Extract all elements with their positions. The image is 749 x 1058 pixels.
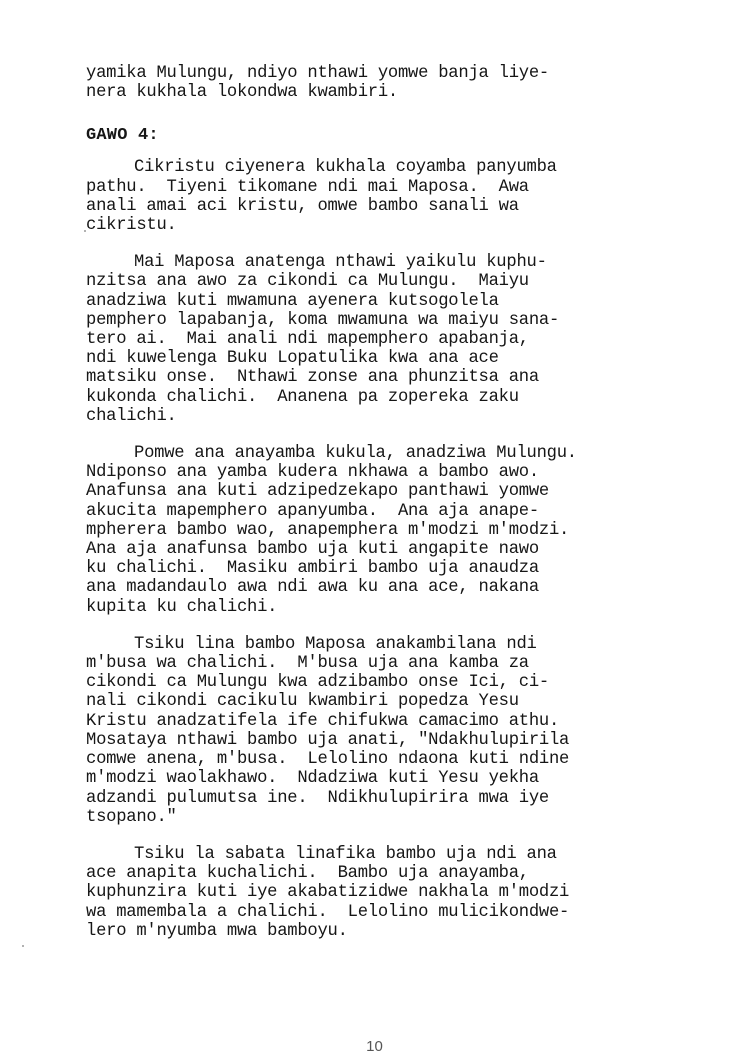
text-line: pemphero lapabanja, koma mwamuna wa maiy…: [86, 311, 686, 330]
text-line: cikristu.: [86, 216, 686, 235]
text-line: Tsiku la sabata linafika bambo uja ndi a…: [86, 845, 686, 864]
text-line: Anafunsa ana kuti adzipedzekapo panthawi…: [86, 482, 686, 501]
text-line: kuphunzira kuti iye akabatizidwe nakhala…: [86, 883, 686, 902]
text-line: Pomwe ana anayamba kukula, anadziwa Mulu…: [86, 444, 686, 463]
text-line: kukonda chalichi. Ananena pa zopereka za…: [86, 388, 686, 407]
text-line: yamika Mulungu, ndiyo nthawi yomwe banja…: [86, 64, 686, 83]
text-line: akucita mapemphero apanyumba. Ana aja an…: [86, 502, 686, 521]
text-line: anali amai aci kristu, omwe bambo sanali…: [86, 197, 686, 216]
text-line: nzitsa ana awo za cikondi ca Mulungu. Ma…: [86, 272, 686, 291]
page-number: 10: [0, 1038, 749, 1055]
text-line: pathu. Tiyeni tikomane ndi mai Maposa. A…: [86, 178, 686, 197]
opening-paragraph: yamika Mulungu, ndiyo nthawi yomwe banja…: [86, 64, 686, 102]
paragraph: Cikristu ciyenera kukhala coyamba panyum…: [86, 158, 686, 235]
text-line: Tsiku lina bambo Maposa anakambilana ndi: [86, 635, 686, 654]
paragraph: Pomwe ana anayamba kukula, anadziwa Mulu…: [86, 444, 686, 617]
text-line: tsopano.": [86, 808, 686, 827]
body-paragraphs: Cikristu ciyenera kukhala coyamba panyum…: [86, 158, 686, 941]
text-line: ndi kuwelenga Buku Lopatulika kwa ana ac…: [86, 349, 686, 368]
text-line: Kristu anadzatifela ife chifukwa camacim…: [86, 712, 686, 731]
text-line: cikondi ca Mulungu kwa adzibambo onse Ic…: [86, 673, 686, 692]
text-line: chalichi.: [86, 407, 686, 426]
text-line: tero ai. Mai anali ndi mapemphero apaban…: [86, 330, 686, 349]
text-line: m'busa wa chalichi. M'busa uja ana kamba…: [86, 654, 686, 673]
document-page: yamika Mulungu, ndiyo nthawi yomwe banja…: [86, 64, 686, 959]
text-line: ace anapita kuchalichi. Bambo uja anayam…: [86, 864, 686, 883]
text-line: Cikristu ciyenera kukhala coyamba panyum…: [86, 158, 686, 177]
text-line: Ndiponso ana yamba kudera nkhawa a bambo…: [86, 463, 686, 482]
text-line: mpherera bambo wao, anapemphera m'modzi …: [86, 521, 686, 540]
text-line: lero m'nyumba mwa bamboyu.: [86, 922, 686, 941]
text-line: nera kukhala lokondwa kwambiri.: [86, 83, 686, 102]
paragraph: Tsiku lina bambo Maposa anakambilana ndi…: [86, 635, 686, 827]
text-line: nali cikondi cacikulu kwambiri popedza Y…: [86, 692, 686, 711]
scan-speck: [22, 945, 24, 947]
paragraph: Tsiku la sabata linafika bambo uja ndi a…: [86, 845, 686, 941]
text-line: kupita ku chalichi.: [86, 598, 686, 617]
section-heading: GAWO 4:: [86, 126, 686, 146]
text-line: adzandi pulumutsa ine. Ndikhulupirira mw…: [86, 789, 686, 808]
text-line: matsiku onse. Nthawi zonse ana phunzitsa…: [86, 368, 686, 387]
text-line: Ana aja anafunsa bambo uja kuti angapite…: [86, 540, 686, 559]
text-line: m'modzi waolakhawo. Ndadziwa kuti Yesu y…: [86, 769, 686, 788]
text-line: anadziwa kuti mwamuna ayenera kutsogolel…: [86, 292, 686, 311]
paragraph: Mai Maposa anatenga nthawi yaikulu kuphu…: [86, 253, 686, 426]
text-line: Mosataya nthawi bambo uja anati, "Ndakhu…: [86, 731, 686, 750]
text-line: comwe anena, m'busa. Lelolino ndaona kut…: [86, 750, 686, 769]
text-line: Mai Maposa anatenga nthawi yaikulu kuphu…: [86, 253, 686, 272]
scan-speck: [84, 230, 86, 232]
text-line: ana madandaulo awa ndi awa ku ana ace, n…: [86, 578, 686, 597]
text-line: wa mamembala a chalichi. Lelolino mulici…: [86, 903, 686, 922]
text-line: ku chalichi. Masiku ambiri bambo uja ana…: [86, 559, 686, 578]
